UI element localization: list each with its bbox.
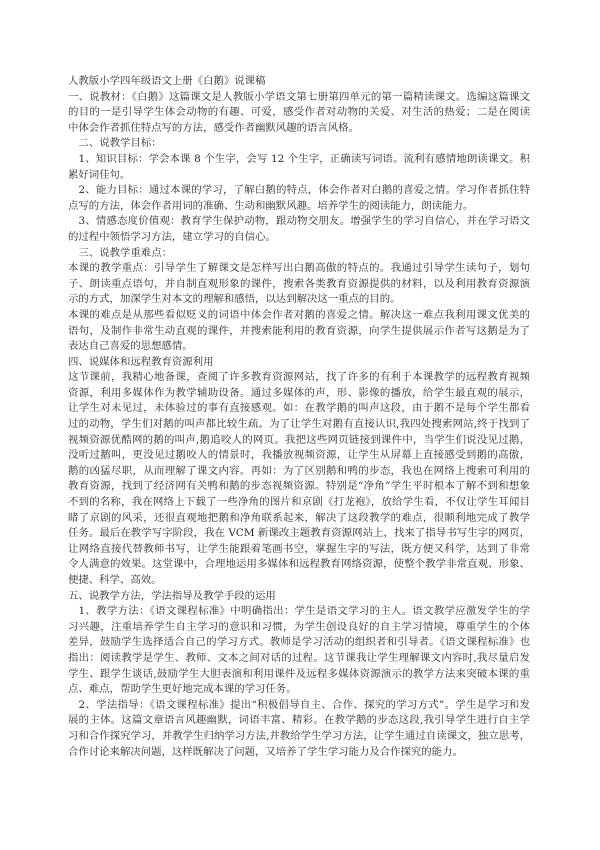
text-line: 习兴趣，注重培养学生自主学习的意识和习惯，为学生创设良好的自主学习情境，尊重学生… <box>68 620 530 636</box>
text-line: 睹了京剧的风采，还很直观地把鹅和净角联系起来，解决了这段教学的难点，很顺利地完成… <box>68 511 530 527</box>
text-line: 五、说教学方法，学法指导及教学手段的运用 <box>68 589 530 605</box>
text-line: 展的主体。这篇文章语言风趣幽默，词语丰富、精彩。在教学鹅的步态这段,我引导学生进… <box>68 713 530 729</box>
text-line: 1、教学方法：《语文课程标准》中明确指出：学生是语文学习的主人。语文教学应激发学… <box>68 604 530 620</box>
text-line: 1、知识目标：学会本课 8 个生字，会写 12 个生字，正确读写词语。流利有感情… <box>68 152 530 168</box>
text-line: 合作讨论来解决问题，这样既解决了问题，又培养了学生学习能力及合作探究的能力。 <box>68 745 530 761</box>
text-line: 没听过鹅叫，更没见过鹅咬人的情景时，我播放视频资源，让学生从屏幕上直接感受到鹅的… <box>68 448 530 464</box>
text-line: 学生、跟学生谈话,鼓励学生大胆表演和利用课件及远程多媒体资源演示的教学方法来突破… <box>68 667 530 683</box>
text-line: 不到的名称，我在网络上下载了一些净角的图片和京剧《打龙袍》，放给学生看，不仅让学… <box>68 495 530 511</box>
text-line: 让学生对未见过，未体验过的事有直接感观。如：在教学鹅的叫声这段，由于鹅不是每个学… <box>68 401 530 417</box>
text-line: 视频资源优酷网的鹅的叫声,鹅追咬人的网页。我把这些网页链接到课件中，当学生们说没… <box>68 433 530 449</box>
text-line: 教育资源，找到了经济网有关鸭和鹅的步态视频资源。特别是“净角”学生平时根本了解不… <box>68 479 530 495</box>
text-line: 本课的教学重点：引导学生了解课文是怎样写出白鹅高傲的特点的。我通过引导学生读句子… <box>68 261 530 277</box>
text-line: 累好词佳句。 <box>68 168 530 184</box>
text-line: 表达自己喜爱的思想感情。 <box>68 339 530 355</box>
document-page: 人教版小学四年级语文上册《白鹅》说课稿一、说教材：《白鹅》这篇课文是人教版小学语… <box>68 74 530 760</box>
text-line: 2、学法指导：《语文课程标准》提出“积极倡导自主、合作、探究的学习方式”。学生是… <box>68 698 530 714</box>
text-line: 2、能力目标：通过本课的学习，了解白鹅的特点，体会作者对白鹅的喜爱之情。学习作者… <box>68 183 530 199</box>
text-line: 令人满意的效果。这堂课中，合理地运用多媒体和远程教育网络资源，使整个教学非常直观… <box>68 557 530 573</box>
text-line: 的目的一是引导学生体会动物的有趣、可爱，感受作者对动物的关爱、对生活的热爱；二是… <box>68 105 530 121</box>
text-line: 二、说教学目标： <box>68 136 530 152</box>
text-line: 本课的难点是从那些看似贬义的词语中体会作者对鹅的喜爱之情。解决这一难点我利用课文… <box>68 308 530 324</box>
text-line: 中体会作者抓住特点写的方法，感受作者幽默风趣的语言风格。 <box>68 121 530 137</box>
text-line: 这节课前，我精心地备课，查阅了许多教育资源网站，找了许多的有利于本课教学的远程教… <box>68 370 530 386</box>
text-line: 鹅的凶猛尽职，从而理解了课文内容。再如：为了区别鹅和鸭的步态，我也在网络上搜索可… <box>68 464 530 480</box>
text-line: 子、朗读重点语句，并自制直观形象的课件，搜索各类教育资源提供的材料，以及利用教育… <box>68 277 530 293</box>
text-line: 让网络直接代替教师书写，让学生能跟着笔画书空，掌握生字的写法，既方便又科学，达到… <box>68 542 530 558</box>
text-line: 习和合作探究学习，并教学生归纳学习方法,并教给学生学习方法，让学生通过自读课文，… <box>68 729 530 745</box>
text-line: 任务。最后在教学写字阶段，我在 VCM 新课改主题教育资源网站上，找来了指导书写… <box>68 526 530 542</box>
text-line: 指出：阅读教学是学生、教师、文本之间对话的过程。这节课我让学生理解课文内容时,我… <box>68 651 530 667</box>
text-line: 点写的方法，体会作者用词的准确、生动和幽默风趣。培养学生的阅读能力，朗读能力。 <box>68 199 530 215</box>
text-line: 语句，及制作非常生动直观的课件，并搜索能利用的教育资源，向学生提供展示作者写这鹅… <box>68 324 530 340</box>
text-line: 一、说教材：《白鹅》这篇课文是人教版小学语文第七册第四单元的第一篇精读课文。选编… <box>68 90 530 106</box>
text-line: 点、难点，帮助学生更好地完成本课的学习任务。 <box>68 682 530 698</box>
text-line: 示的方式，加深学生对本文的理解和感悟，以达到解决这一重点的目的。 <box>68 292 530 308</box>
text-line: 便捷、科学、高效。 <box>68 573 530 589</box>
text-line: 三、说教学重难点： <box>68 246 530 262</box>
document-title: 人教版小学四年级语文上册《白鹅》说课稿 <box>68 74 530 90</box>
text-line: 资源，利用多媒体作为教学辅助设备。通过多媒体的声，形、影像的播放，给学生最直观的… <box>68 386 530 402</box>
text-line: 四、说媒体和远程教育资源利用 <box>68 355 530 371</box>
text-line: 过的动物，学生们对鹅的叫声都比较生疏。为了让学生对鹅有直接认识,我四处搜索网站,… <box>68 417 530 433</box>
text-line: 的过程中领悟学习方法，建立学习的自信心。 <box>68 230 530 246</box>
text-line: 差异，鼓励学生选择适合自己的学习方式。教师是学习活动的组织者和引导者。《语文课程… <box>68 635 530 651</box>
text-line: 3、情感态度价值观：教育学生保护动物，跟动物交朋友。增强学生的学习自信心，并在学… <box>68 214 530 230</box>
